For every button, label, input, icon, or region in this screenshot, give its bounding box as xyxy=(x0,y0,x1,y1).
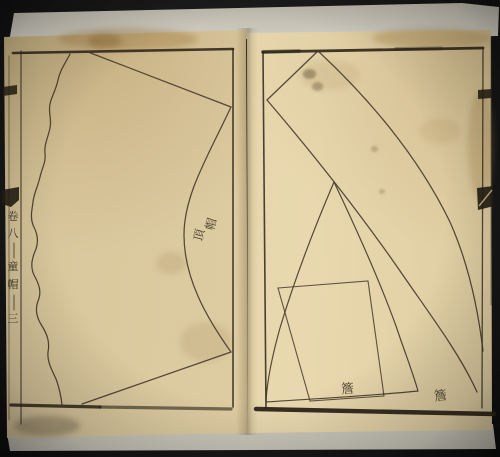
left-book-mouth-marks xyxy=(2,85,19,207)
spine-section-char-1: 童 xyxy=(6,261,20,272)
book-photo: 帽 頂 卷 八 童 帽 三 簷 簷 xyxy=(0,0,500,457)
hat-side-bell-pattern xyxy=(266,182,418,402)
brim-label-bell: 簷 xyxy=(341,383,355,397)
spine-volume-char-2: 八 xyxy=(6,228,20,239)
faded-ink-smudge xyxy=(371,146,378,152)
bell-left-side xyxy=(266,182,334,402)
hat-brim-band-pattern xyxy=(267,51,483,392)
band-inner-curve xyxy=(267,100,477,392)
fishtail-mark xyxy=(2,187,19,207)
spine-section-char-2: 帽 xyxy=(6,279,20,290)
spine-dash-mark xyxy=(3,85,17,96)
brim-label-band: 簷 xyxy=(433,389,448,403)
bell-right-side xyxy=(334,182,418,391)
spine-folio-number: 三 xyxy=(6,313,20,324)
crown-bottom-diagonal xyxy=(82,352,231,404)
inner-rectangle-piece xyxy=(278,281,384,401)
faded-ink-smudge xyxy=(303,69,316,79)
faded-ink-smudge xyxy=(379,189,385,194)
faded-ink-smudge xyxy=(312,82,323,91)
spine-dash-mark xyxy=(478,89,492,99)
printed-ink-lines xyxy=(0,0,500,457)
crown-top-diagonal xyxy=(88,52,231,107)
spine-volume-char-1: 卷 xyxy=(6,211,20,222)
crown-scalloped-edge xyxy=(31,54,70,405)
